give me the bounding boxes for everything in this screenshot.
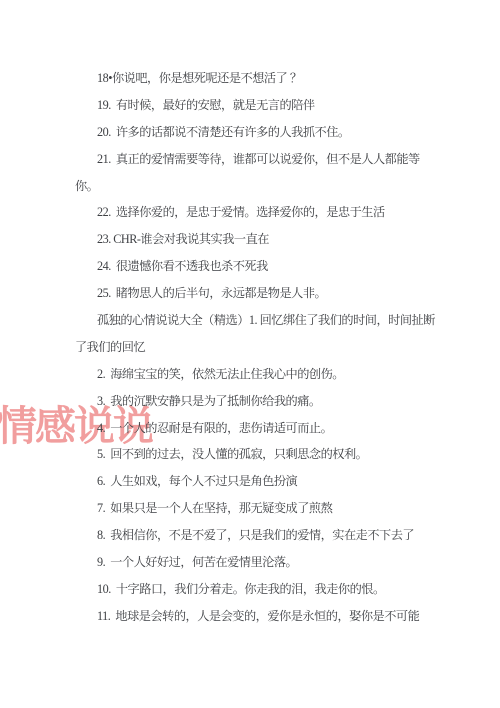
text-line: 你。 <box>0 173 500 200</box>
text-line: 2. 海绵宝宝的笑，依然无法止住我心中的创伤。 <box>0 361 500 388</box>
text-line: 20. 许多的话都说不清楚还有许多的人我抓不住。 <box>0 119 500 146</box>
text-line: 9. 一个人好好过，何苦在爱情里沦落。 <box>0 549 500 576</box>
text-line: 8. 我相信你，不是不爱了，只是我们的爱情，实在走不下去了 <box>0 522 500 549</box>
text-line: 24. 很遗憾你看不透我也杀不死我 <box>0 253 500 280</box>
text-line: 了我们的回忆 <box>0 334 500 361</box>
text-line: 21. 真正的爱情需要等待，谁都可以说爱你，但不是人人都能等 <box>0 146 500 173</box>
text-line: 18•你说吧，你是想死呢还是不想活了 ？ <box>0 65 500 92</box>
text-line: 6. 人生如戏，每个人不过只是角色扮演 <box>0 468 500 495</box>
text-line: 25. 睹物思人的后半句，永远都是物是人非。 <box>0 280 500 307</box>
text-line: 11. 地球是会转的，人是会变的，爱你是永恒的，娶你是不可能 <box>0 603 500 630</box>
text-line: 23. CHR-谁会对我说其实我一直在 <box>0 226 500 253</box>
text-line: 7. 如果只是一个人在坚持，那无疑变成了煎熬 <box>0 495 500 522</box>
text-line: 5. 回不到的过去，没人懂的孤寂，只剩思念的权利。 <box>0 441 500 468</box>
text-line: 19. 有时候，最好的安慰，就是无言的陪伴 <box>0 92 500 119</box>
text-line: 3. 我的沉默安静只是为了抵制你给我的痛。 <box>0 388 500 415</box>
text-line: 4. 一个人的忍耐是有限的，悲伤请适可而止。 <box>0 415 500 442</box>
document-body: 18•你说吧，你是想死呢还是不想活了 ？19. 有时候，最好的安慰，就是无言的陪… <box>0 65 500 630</box>
text-line: 22. 选择你爱的，是忠于爱情。选择爱你的，是忠于生活 <box>0 199 500 226</box>
text-line: 孤独的心情说说大全（精选）1. 回忆绑住了我们的时间，时间扯断 <box>0 307 500 334</box>
document-page: 情感说说 18•你说吧，你是想死呢还是不想活了 ？19. 有时候，最好的安慰，就… <box>0 0 500 708</box>
text-line: 10. 十字路口，我们分着走。你走我的泪，我走你的恨。 <box>0 576 500 603</box>
